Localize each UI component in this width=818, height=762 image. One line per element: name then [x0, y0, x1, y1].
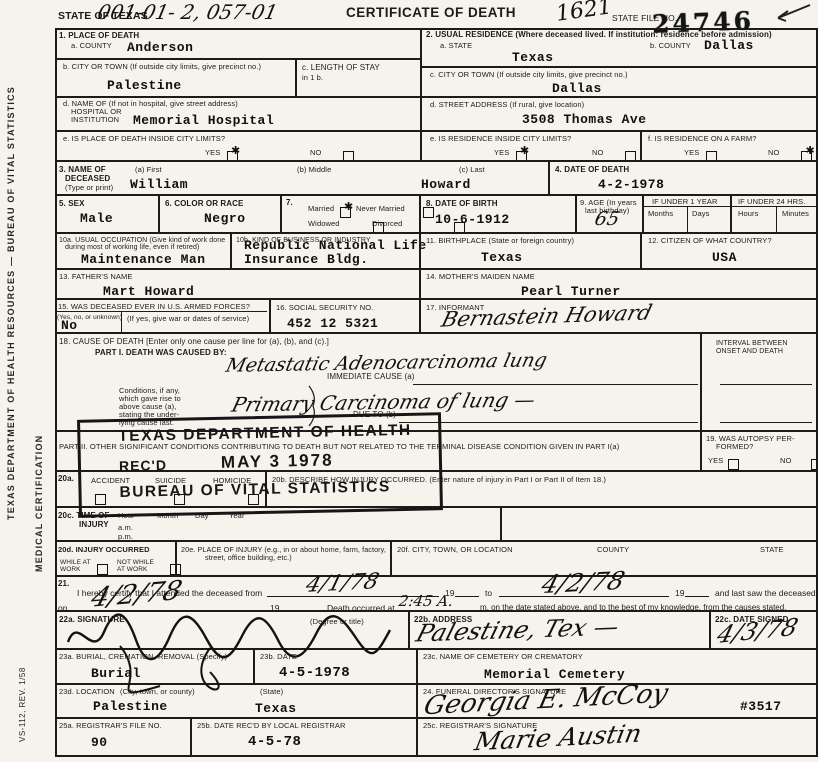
cell-residence-city-limits: e. IS RESIDENCE INSIDE CITY LIMITS? YES …: [420, 130, 640, 160]
cell-sex: 5. SEX Male: [55, 194, 158, 232]
cell-certification: 21. I hereby certify that I attended the…: [55, 575, 818, 610]
registrar-file-no-value: 90: [91, 735, 108, 750]
color-race-value: Negro: [204, 211, 246, 226]
cell-if-under-1-year: IF UNDER 1 YEAR Months Days: [642, 194, 730, 232]
cell-hospital-name: d. NAME OF (If not in hospital, give str…: [55, 96, 420, 130]
cell-ssn: 16. SOCIAL SECURITY NO. 452 12 5321: [269, 298, 419, 332]
year-19-label: 19: [675, 588, 684, 598]
marital-label: 7.: [286, 198, 293, 208]
injury-occurred-label: 20d. INJURY OCCURRED: [58, 545, 150, 555]
never-married-label: Never Married: [356, 204, 405, 214]
cell-time-of-injury-blank: [500, 506, 818, 540]
yes-label: YES: [708, 456, 723, 466]
cell-fathers-name: 13. FATHER'S NAME Mart Howard: [55, 268, 419, 298]
cell-funeral-director: 24. FUNERAL DIRECTOR'S SIGNATURE Georgia…: [416, 683, 818, 717]
birthplace-label: 11. BIRTHPLACE (State or foreign country…: [426, 236, 574, 246]
days-label: Days: [692, 209, 710, 219]
cell-date-recd: 25b. DATE REC'D BY LOCAL REGISTRAR 4-5-7…: [190, 717, 416, 755]
hours-label: Hours: [738, 209, 759, 219]
check-mark: ✱: [805, 144, 814, 157]
cell-interval: INTERVAL BETWEEN ONSET AND DEATH: [700, 332, 818, 430]
form-number-vertical-label: VS-112, REV. 1/58: [18, 612, 27, 742]
no-label: NO: [310, 148, 321, 158]
business-value-line2: Insurance Bldg.: [244, 252, 369, 267]
residence-city-value: Dallas: [552, 81, 602, 96]
medical-certification-vertical-label: MEDICAL CERTIFICATION: [34, 392, 44, 572]
cell-place-of-death: 1. PLACE OF DEATH a. COUNTY Anderson: [55, 28, 420, 58]
interval-line-b: [720, 422, 812, 423]
autopsy-label2: FORMED?: [716, 442, 753, 452]
date-of-death-value: 4-2-1978: [598, 177, 664, 192]
cell-residence-farm: f. IS RESIDENCE ON A FARM? YES NO ✱: [640, 130, 818, 160]
while-at-work-label2: WORK: [60, 565, 81, 575]
married-checkbox-checked: ✱: [340, 207, 351, 218]
date-of-birth-label: 8. DATE OF BIRTH: [426, 199, 498, 209]
attended-to-date-handwritten: 4/2/78: [538, 566, 628, 599]
divider: [687, 206, 688, 232]
city-label: b. CITY OR TOWN (If outside city limits,…: [63, 62, 261, 72]
cell-length-of-stay: c. LENGTH OF STAY in 1 b.: [295, 58, 420, 96]
interval-line-a: [720, 384, 812, 385]
residence-state-value: Texas: [512, 50, 554, 65]
armed-forces-value: No: [61, 318, 78, 333]
yes-label: YES: [684, 148, 699, 158]
not-while-label2: AT WORK: [117, 565, 147, 575]
district-code-handwritten: 001-01- 2, 057-01: [95, 0, 279, 24]
department-vertical-label: TEXAS DEPARTMENT OF HEALTH RESOURCES — B…: [6, 40, 16, 520]
state-file-number-stamp: 24746: [652, 6, 755, 39]
cell-residence-city: c. CITY OR TOWN (If outside city limits,…: [420, 66, 818, 96]
yes-label: YES: [494, 148, 509, 158]
death-city-limits-label: e. IS PLACE OF DEATH INSIDE CITY LIMITS?: [63, 134, 225, 144]
cell-citizen: 12. CITIZEN OF WHAT COUNTRY? USA: [640, 232, 818, 268]
months-label: Months: [648, 209, 673, 219]
fathers-name-value: Mart Howard: [103, 284, 194, 299]
last-name-label: (c) Last: [459, 165, 485, 175]
county-value: Anderson: [127, 40, 193, 55]
cell-informant: 17. INFORMANT Bernastein Howard: [419, 298, 818, 332]
registrar-file-no-label: 25a. REGISTRAR'S FILE NO.: [59, 721, 162, 731]
citizen-label: 12. CITIZEN OF WHAT COUNTRY?: [648, 236, 772, 246]
cell-date-signed: 22c. DATE SIGNED 4/3/78: [709, 610, 818, 648]
ssn-label: 16. SOCIAL SECURITY NO.: [276, 303, 373, 313]
last-seen-date-handwritten: 4/2/78: [88, 575, 186, 613]
stamp-line1: TEXAS DEPARTMENT OF HEALTH: [118, 422, 412, 446]
cell-age: 9. AGE (In years last birthday) 65: [575, 194, 642, 232]
check-mark: ✱: [231, 144, 240, 157]
divider: [732, 206, 818, 207]
place-of-injury-label2: street, office building, etc.): [205, 553, 292, 563]
ssn-value: 452 12 5321: [287, 316, 378, 331]
cell-injury-occurred: 20d. INJURY OCCURRED WHILE AT WORK NOT W…: [55, 540, 175, 575]
married-label: Married: [308, 204, 334, 214]
cause-of-death-label: 18. CAUSE OF DEATH [Enter only one cause…: [59, 337, 329, 347]
physician-address-handwritten: Palestine, Tex —: [413, 613, 623, 648]
mothers-name-label: 14. MOTHER'S MAIDEN NAME: [426, 272, 535, 282]
corner-pen-mark: [760, 2, 812, 24]
cell-if-under-24-hrs: IF UNDER 24 HRS. Hours Minutes: [730, 194, 818, 232]
residence-city-label: c. CITY OR TOWN (If outside city limits,…: [430, 70, 628, 80]
certification-number-label: 21.: [58, 579, 69, 589]
hospital-label3: INSTITUTION: [71, 115, 119, 125]
name-label3: (Type or print): [65, 183, 113, 193]
sex-value: Male: [80, 211, 113, 226]
residence-farm-label: f. IS RESIDENCE ON A FARM?: [648, 134, 756, 144]
first-name-value: William: [130, 177, 188, 192]
divorced-label: Divorced: [372, 219, 402, 229]
while-at-work-checkbox: [97, 564, 108, 575]
burial-location-state: Texas: [255, 701, 297, 716]
stamp-date: MAY 3 1978: [221, 450, 334, 472]
middle-name-label: (b) Middle: [297, 165, 331, 175]
residence-county-label: b. COUNTY: [650, 41, 691, 51]
cell-business-industry: 10b. KIND OF BUSINESS OR INDUSTRY Republ…: [230, 232, 419, 268]
interval-label2: ONSET AND DEATH: [716, 347, 783, 357]
cell-city-or-town: b. CITY OR TOWN (If outside city limits,…: [55, 58, 295, 96]
time-of-injury-label2: INJURY: [79, 520, 109, 530]
cell-color-race: 6. COLOR OR RACE Negro: [158, 194, 280, 232]
cell-mothers-name: 14. MOTHER'S MAIDEN NAME Pearl Turner: [419, 268, 818, 298]
funeral-director-signature: Georgia E. McCoy: [421, 679, 671, 722]
residence-state-label: a. STATE: [440, 41, 472, 51]
sex-label: 5. SEX: [59, 199, 85, 209]
cause-a-line: [413, 384, 698, 385]
cause-b-line: [399, 422, 698, 423]
street-address-label: d. STREET ADDRESS (If rural, give locati…: [430, 100, 584, 110]
death-time-handwritten: 2:45 A.: [398, 592, 455, 610]
divider: [776, 206, 777, 232]
attended-from-date-handwritten: 4/1/78: [303, 569, 382, 598]
last-name-value: Howard: [421, 177, 471, 192]
residence-city-limits-label: e. IS RESIDENCE INSIDE CITY LIMITS?: [430, 134, 571, 144]
year-line: [685, 596, 709, 597]
injury-county-label: COUNTY: [597, 545, 629, 555]
received-stamp: TEXAS DEPARTMENT OF HEALTH REC'D MAY 3 1…: [77, 412, 443, 518]
burial-location-city: Palestine: [93, 699, 168, 714]
birthplace-value: Texas: [481, 250, 523, 265]
color-race-label: 6. COLOR OR RACE: [165, 199, 244, 209]
death-certificate-page: STATE OF TEXAS 001-01- 2, 057-01 CERTIFI…: [0, 0, 818, 762]
cell-date-of-death: 4. DATE OF DEATH 4-2-1978: [548, 160, 818, 194]
no-label: NO: [780, 456, 791, 466]
length-of-stay-sub: in 1 b.: [302, 73, 323, 83]
cemetery-value: Memorial Cemetery: [484, 667, 625, 682]
to-label: to: [485, 588, 492, 598]
residence-county-value: Dallas: [704, 38, 754, 53]
cause-b-handwritten: Primary Carcinoma of lung —: [229, 387, 538, 416]
no-label: NO: [592, 148, 603, 158]
street-address-value: 3508 Thomas Ave: [522, 112, 647, 127]
date-of-birth-value: 10-6-1912: [435, 212, 510, 227]
cell-cemetery: 23c. NAME OF CEMETERY OR CREMATORY Memor…: [416, 648, 818, 683]
cell-marital-status: 7. Married ✱ Never Married Widowed Divor…: [280, 194, 419, 232]
cell-usual-residence: 2. USUAL RESIDENCE (Where deceased lived…: [420, 28, 818, 66]
widowed-label: Widowed: [308, 219, 340, 229]
item-20a-label: 20a.: [58, 474, 74, 484]
first-name-label: (a) First: [135, 165, 162, 175]
cell-birthplace: 11. BIRTHPLACE (State or foreign country…: [419, 232, 640, 268]
funeral-director-number: #3517: [740, 699, 782, 714]
check-mark: ✱: [344, 200, 353, 213]
hospital-value: Memorial Hospital: [133, 113, 274, 128]
mothers-name-value: Pearl Turner: [521, 284, 621, 299]
physician-signature-scribble: [60, 612, 400, 692]
certificate-number-handwritten: 1621: [555, 0, 614, 27]
autopsy-yes-checkbox: [728, 459, 739, 470]
cell-autopsy: 19. WAS AUTOPSY PER- FORMED? YES NO: [700, 430, 818, 470]
date-of-death-label: 4. DATE OF DEATH: [555, 165, 629, 175]
cell-registrar-file-no: 25a. REGISTRAR'S FILE NO. 90: [55, 717, 190, 755]
no-label: NO: [768, 148, 779, 158]
minutes-label: Minutes: [782, 209, 809, 219]
occupation-value: Maintenance Man: [81, 252, 206, 267]
injury-state-label: STATE: [760, 545, 784, 555]
cell-street-address: d. STREET ADDRESS (If rural, give locati…: [420, 96, 818, 130]
date-recd-value: 4-5-78: [248, 734, 301, 750]
cemetery-label: 23c. NAME OF CEMETERY OR CREMATORY: [423, 652, 583, 662]
cause-a-handwritten: Metastatic Adenocarcinoma lung: [224, 349, 550, 377]
divider: [55, 311, 267, 312]
age-value-handwritten: 65: [593, 208, 622, 230]
citizen-value: USA: [712, 250, 737, 265]
city-value: Palestine: [107, 78, 182, 93]
business-value-line1: Republic National Life: [244, 238, 427, 253]
cell-occupation: 10a. USUAL OCCUPATION (Give kind of work…: [55, 232, 230, 268]
fathers-name-label: 13. FATHER'S NAME: [59, 272, 132, 282]
cell-registrar-signature: 25c. REGISTRAR'S SIGNATURE Marie Austin: [416, 717, 818, 755]
cell-name-of-deceased: 3. NAME OF DECEASED (Type or print) (a) …: [55, 160, 548, 194]
cell-death-city-limits: e. IS PLACE OF DEATH INSIDE CITY LIMITS?…: [55, 130, 420, 160]
length-of-stay-label: c. LENGTH OF STAY: [302, 63, 380, 73]
stamp-line3: BUREAU OF VITAL STATISTICS: [119, 478, 391, 502]
date-recd-label: 25b. DATE REC'D BY LOCAL REGISTRAR: [197, 721, 346, 731]
injury-city-label: 20f. CITY, TOWN, OR LOCATION: [397, 545, 513, 555]
cell-physician-address: 22b. ADDRESS Palestine, Tex —: [408, 610, 709, 648]
check-mark: ✱: [520, 144, 529, 157]
stamp-recd: REC'D: [119, 457, 167, 474]
yes-label: YES: [205, 148, 220, 158]
autopsy-no-checkbox: [811, 459, 818, 470]
year-line: [455, 596, 479, 597]
armed-forces-sub2: (If yes, give war or dates of service): [127, 314, 249, 324]
cell-date-of-birth: 8. DATE OF BIRTH 10-6-1912: [419, 194, 575, 232]
certificate-title: CERTIFICATE OF DEATH: [346, 8, 516, 18]
cell-armed-forces: 15. WAS DECEASED EVER IN U.S. ARMED FORC…: [55, 298, 269, 332]
part1-label: PART I. DEATH WAS CAUSED BY:: [95, 348, 227, 358]
county-label: a. COUNTY: [71, 41, 112, 51]
certify-text-1b: and last saw the deceased alive: [715, 588, 818, 598]
